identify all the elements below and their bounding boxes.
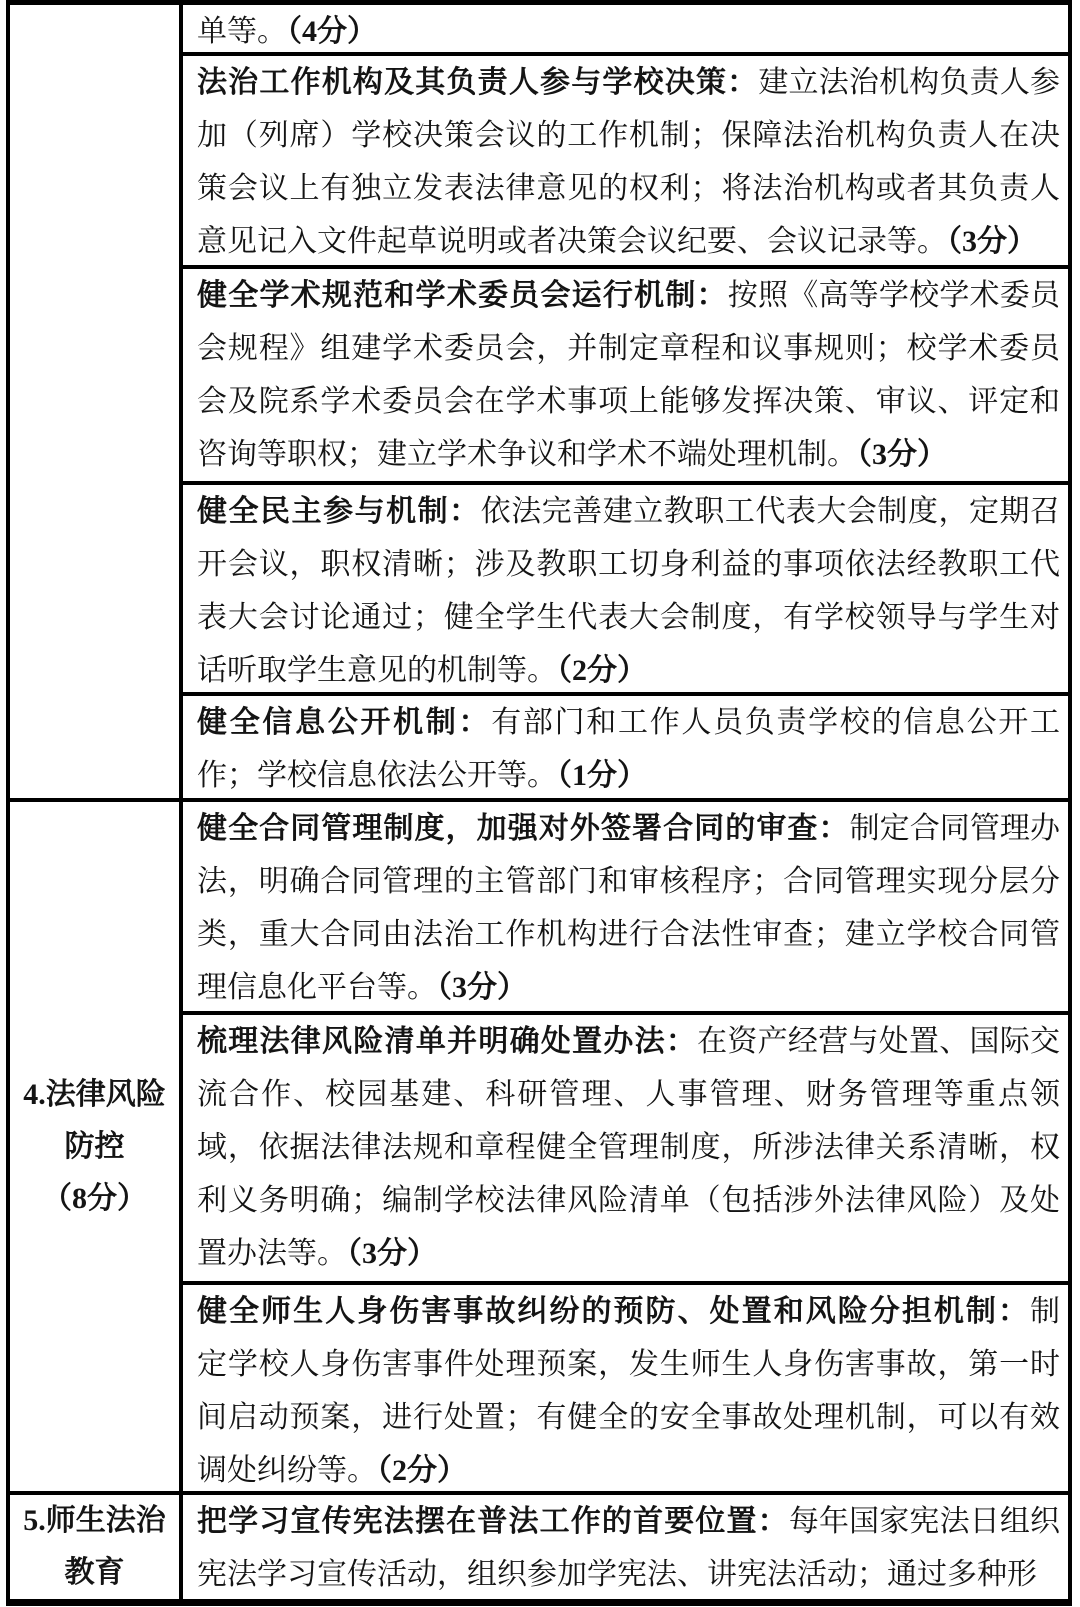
section-label-line: （8分） (42, 1173, 147, 1225)
criterion-score: （3分） (347, 1237, 437, 1270)
criterion-row: 健全民主参与机制：依法完善建立教职工代表大会制度，定期召开会议，职权清晰；涉及教… (183, 481, 1068, 692)
criterion-heading: 健全学术规范和学术委员会运行机制： (197, 279, 728, 312)
criterion-heading: 健全民主参与机制： (197, 495, 481, 528)
criterion-heading: 法治工作机构及其负责人参与学校决策： (197, 66, 758, 99)
document-page: 单等。（4分）法治工作机构及其负责人参与学校决策：建立法治机构负责人参加（列席）… (0, 0, 1080, 1607)
section-label-cell: 5.师生法治教育 (10, 1495, 183, 1599)
criterion-score: （4分） (287, 15, 377, 48)
criterion-score: （3分） (437, 971, 527, 1004)
section-label-cell: 4.法律风险防控（8分） (10, 802, 183, 1491)
section-3-continued: 单等。（4分）法治工作机构及其负责人参与学校决策：建立法治机构负责人参加（列席）… (10, 5, 1068, 798)
criterion-heading: 梳理法律风险清单并明确处置办法： (197, 1025, 697, 1058)
criteria-rows: 把学习宣传宪法摆在普法工作的首要位置：每年国家宪法日组织宪法学习宣传活动，组织参… (183, 1495, 1068, 1599)
criterion-score: （1分） (557, 759, 647, 792)
criterion-heading: 把学习宣传宪法摆在普法工作的首要位置： (197, 1505, 789, 1538)
criterion-row: 健全师生人身伤害事故纠纷的预防、处置和风险分担机制：制定学校人身伤害事件处理预案… (183, 1281, 1068, 1491)
criterion-row: 健全合同管理制度，加强对外签署合同的审查：制定合同管理办法，明确合同管理的主管部… (183, 802, 1068, 1011)
criterion-row: 健全信息公开机制：有部门和工作人员负责学校的信息公开工作；学校信息依法公开等。（… (183, 692, 1068, 798)
criterion-score: （2分） (377, 1454, 467, 1487)
criterion-text: 单等。 (197, 15, 287, 48)
section-label-line: 4.法律风险 (23, 1069, 166, 1121)
criterion-heading: 健全合同管理制度，加强对外签署合同的审查： (197, 812, 850, 845)
criterion-text: 在资产经营与处置、国际交流合作、校园基建、科研管理、人事管理、财务管理等重点领域… (197, 1025, 1060, 1270)
section-4-legal-risk-control: 4.法律风险防控（8分）健全合同管理制度，加强对外签署合同的审查：制定合同管理办… (10, 798, 1068, 1491)
criterion-heading: 健全信息公开机制： (197, 706, 491, 739)
section-label-cell (10, 5, 183, 798)
section-label-line: 防控 (65, 1121, 125, 1173)
section-5-faculty-student-law-education: 5.师生法治教育把学习宣传宪法摆在普法工作的首要位置：每年国家宪法日组织宪法学习… (10, 1491, 1068, 1599)
criterion-score: （2分） (557, 654, 647, 687)
criteria-rows: 健全合同管理制度，加强对外签署合同的审查：制定合同管理办法，明确合同管理的主管部… (183, 802, 1068, 1491)
section-label-line: 教育 (65, 1547, 125, 1599)
criterion-heading: 健全师生人身伤害事故纠纷的预防、处置和风险分担机制： (197, 1295, 1030, 1328)
criterion-row: 梳理法律风险清单并明确处置办法：在资产经营与处置、国际交流合作、校园基建、科研管… (183, 1011, 1068, 1281)
criterion-row: 单等。（4分） (183, 5, 1068, 52)
evaluation-table: 单等。（4分）法治工作机构及其负责人参与学校决策：建立法治机构负责人参加（列席）… (6, 0, 1072, 1606)
criterion-row: 把学习宣传宪法摆在普法工作的首要位置：每年国家宪法日组织宪法学习宣传活动，组织参… (183, 1495, 1068, 1597)
criterion-row: 法治工作机构及其负责人参与学校决策：建立法治机构负责人参加（列席）学校决策会议的… (183, 52, 1068, 265)
criteria-rows: 单等。（4分）法治工作机构及其负责人参与学校决策：建立法治机构负责人参加（列席）… (183, 5, 1068, 798)
criterion-score: （3分） (857, 438, 947, 471)
section-label-line: 5.师生法治 (23, 1495, 166, 1547)
criterion-row: 健全学术规范和学术委员会运行机制：按照《高等学校学术委员会规程》组建学术委员会，… (183, 265, 1068, 481)
criterion-score: （3分） (947, 225, 1037, 258)
